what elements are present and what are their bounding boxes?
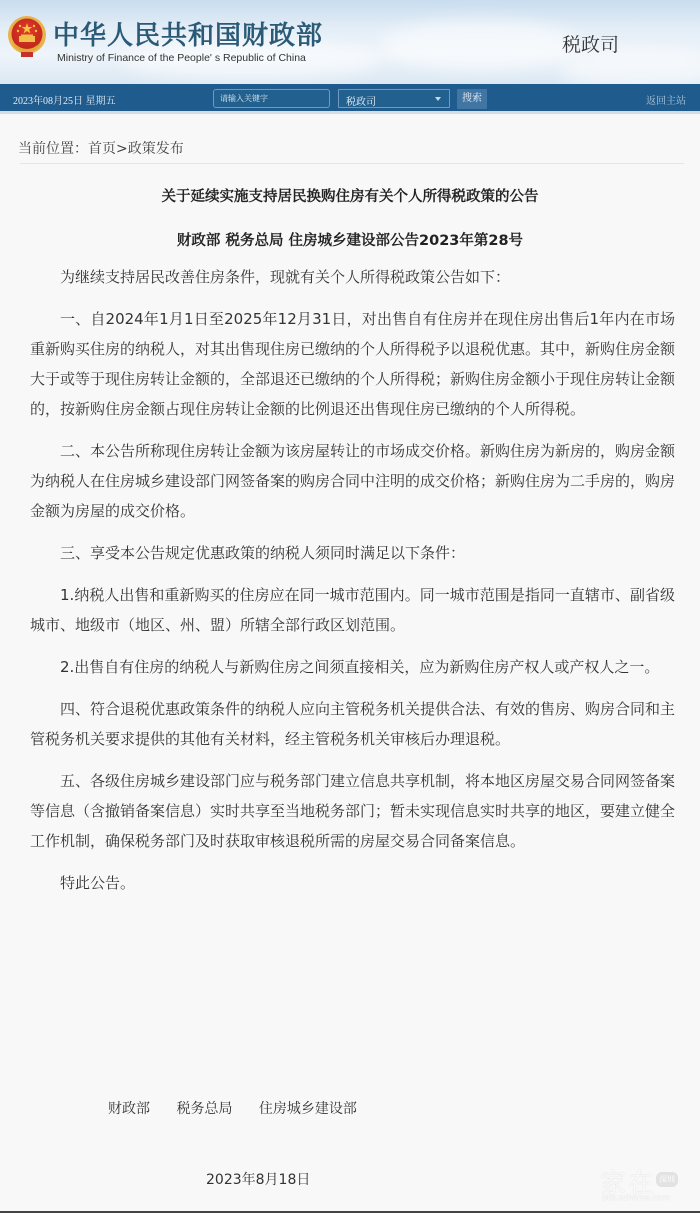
article-page: 当前位置：首页>政策发布 关于延续实施支持居民换购住房有关个人所得税政策的公告 … xyxy=(0,117,700,1213)
watermark-url: bbs.szhome.com xyxy=(602,1193,670,1202)
paragraph-clause-1: 一、自2024年1月1日至2025年12月31日，对出售自有住房并在现住房出售后… xyxy=(30,304,675,424)
document-number: 财政部 税务总局 住房城乡建设部公告2023年第28号 xyxy=(0,229,700,250)
national-emblem-icon xyxy=(5,14,49,60)
paragraph-condition-2: 2.出售自有住房的纳税人与新购住房之间须直接相关，应为新购住房产权人或产权人之一… xyxy=(30,652,675,682)
site-subtitle: Ministry of Finance of the People' s Rep… xyxy=(57,52,306,64)
department-select[interactable]: 税政司 xyxy=(338,89,450,108)
breadcrumb-label: 当前位置： xyxy=(18,141,88,157)
paragraph-clause-2: 二、本公告所称现住房转让金额为该房屋转让的市场成交价格。新购住房为新房的，购房金… xyxy=(30,436,675,526)
signatory: 财政部 xyxy=(108,1101,150,1117)
watermark: 家在深圳 bbs.szhome.com xyxy=(600,1163,678,1200)
article-title: 关于延续实施支持居民换购住房有关个人所得税政策的公告 xyxy=(0,185,700,206)
site-title: 中华人民共和国财政部 xyxy=(53,15,323,52)
search-input[interactable] xyxy=(213,89,330,108)
search-button[interactable]: 搜索 xyxy=(457,89,487,109)
article-body: 为继续支持居民改善住房条件，现就有关个人所得税政策公告如下： 一、自2024年1… xyxy=(30,262,675,910)
signing-date: 2023年8月18日 xyxy=(206,1169,310,1189)
department-select-value: 税政司 xyxy=(346,97,376,108)
site-header: 中华人民共和国财政部 Ministry of Finance of the Pe… xyxy=(0,0,700,84)
divider xyxy=(20,163,684,164)
paragraph-clause-3: 三、享受本公告规定优惠政策的纳税人须同时满足以下条件： xyxy=(30,538,675,568)
signatory: 住房城乡建设部 xyxy=(259,1101,357,1117)
paragraph-clause-4: 四、符合退税优惠政策条件的纳税人应向主管税务机关提供合法、有效的售房、购房合同和… xyxy=(30,694,675,754)
watermark-badge: 深圳 xyxy=(656,1172,678,1187)
chevron-down-icon xyxy=(435,97,441,101)
navigation-bar: 2023年08月25日 星期五 税政司 搜索 返回主站 xyxy=(0,84,700,114)
breadcrumb-current[interactable]: 政策发布 xyxy=(128,141,184,157)
paragraph-closing: 特此公告。 xyxy=(30,868,675,898)
current-date: 2023年08月25日 星期五 xyxy=(13,92,116,107)
breadcrumb: 当前位置：首页>政策发布 xyxy=(18,138,184,158)
paragraph-intro: 为继续支持居民改善住房条件，现就有关个人所得税政策公告如下： xyxy=(30,262,675,292)
signatory: 税务总局 xyxy=(176,1101,232,1117)
return-home-link[interactable]: 返回主站 xyxy=(646,92,686,107)
paragraph-clause-5: 五、各级住房城乡建设部门应与税务部门建立信息共享机制，将本地区房屋交易合同网签备… xyxy=(30,766,675,856)
paragraph-condition-1: 1.纳税人出售和重新购买的住房应在同一城市范围内。同一城市范围是指同一直辖市、副… xyxy=(30,580,675,640)
department-name: 税政司 xyxy=(562,30,619,57)
signatories: 财政部 税务总局 住房城乡建设部 xyxy=(108,1098,379,1118)
breadcrumb-home[interactable]: 首页 xyxy=(88,141,116,157)
breadcrumb-separator: > xyxy=(116,141,128,157)
